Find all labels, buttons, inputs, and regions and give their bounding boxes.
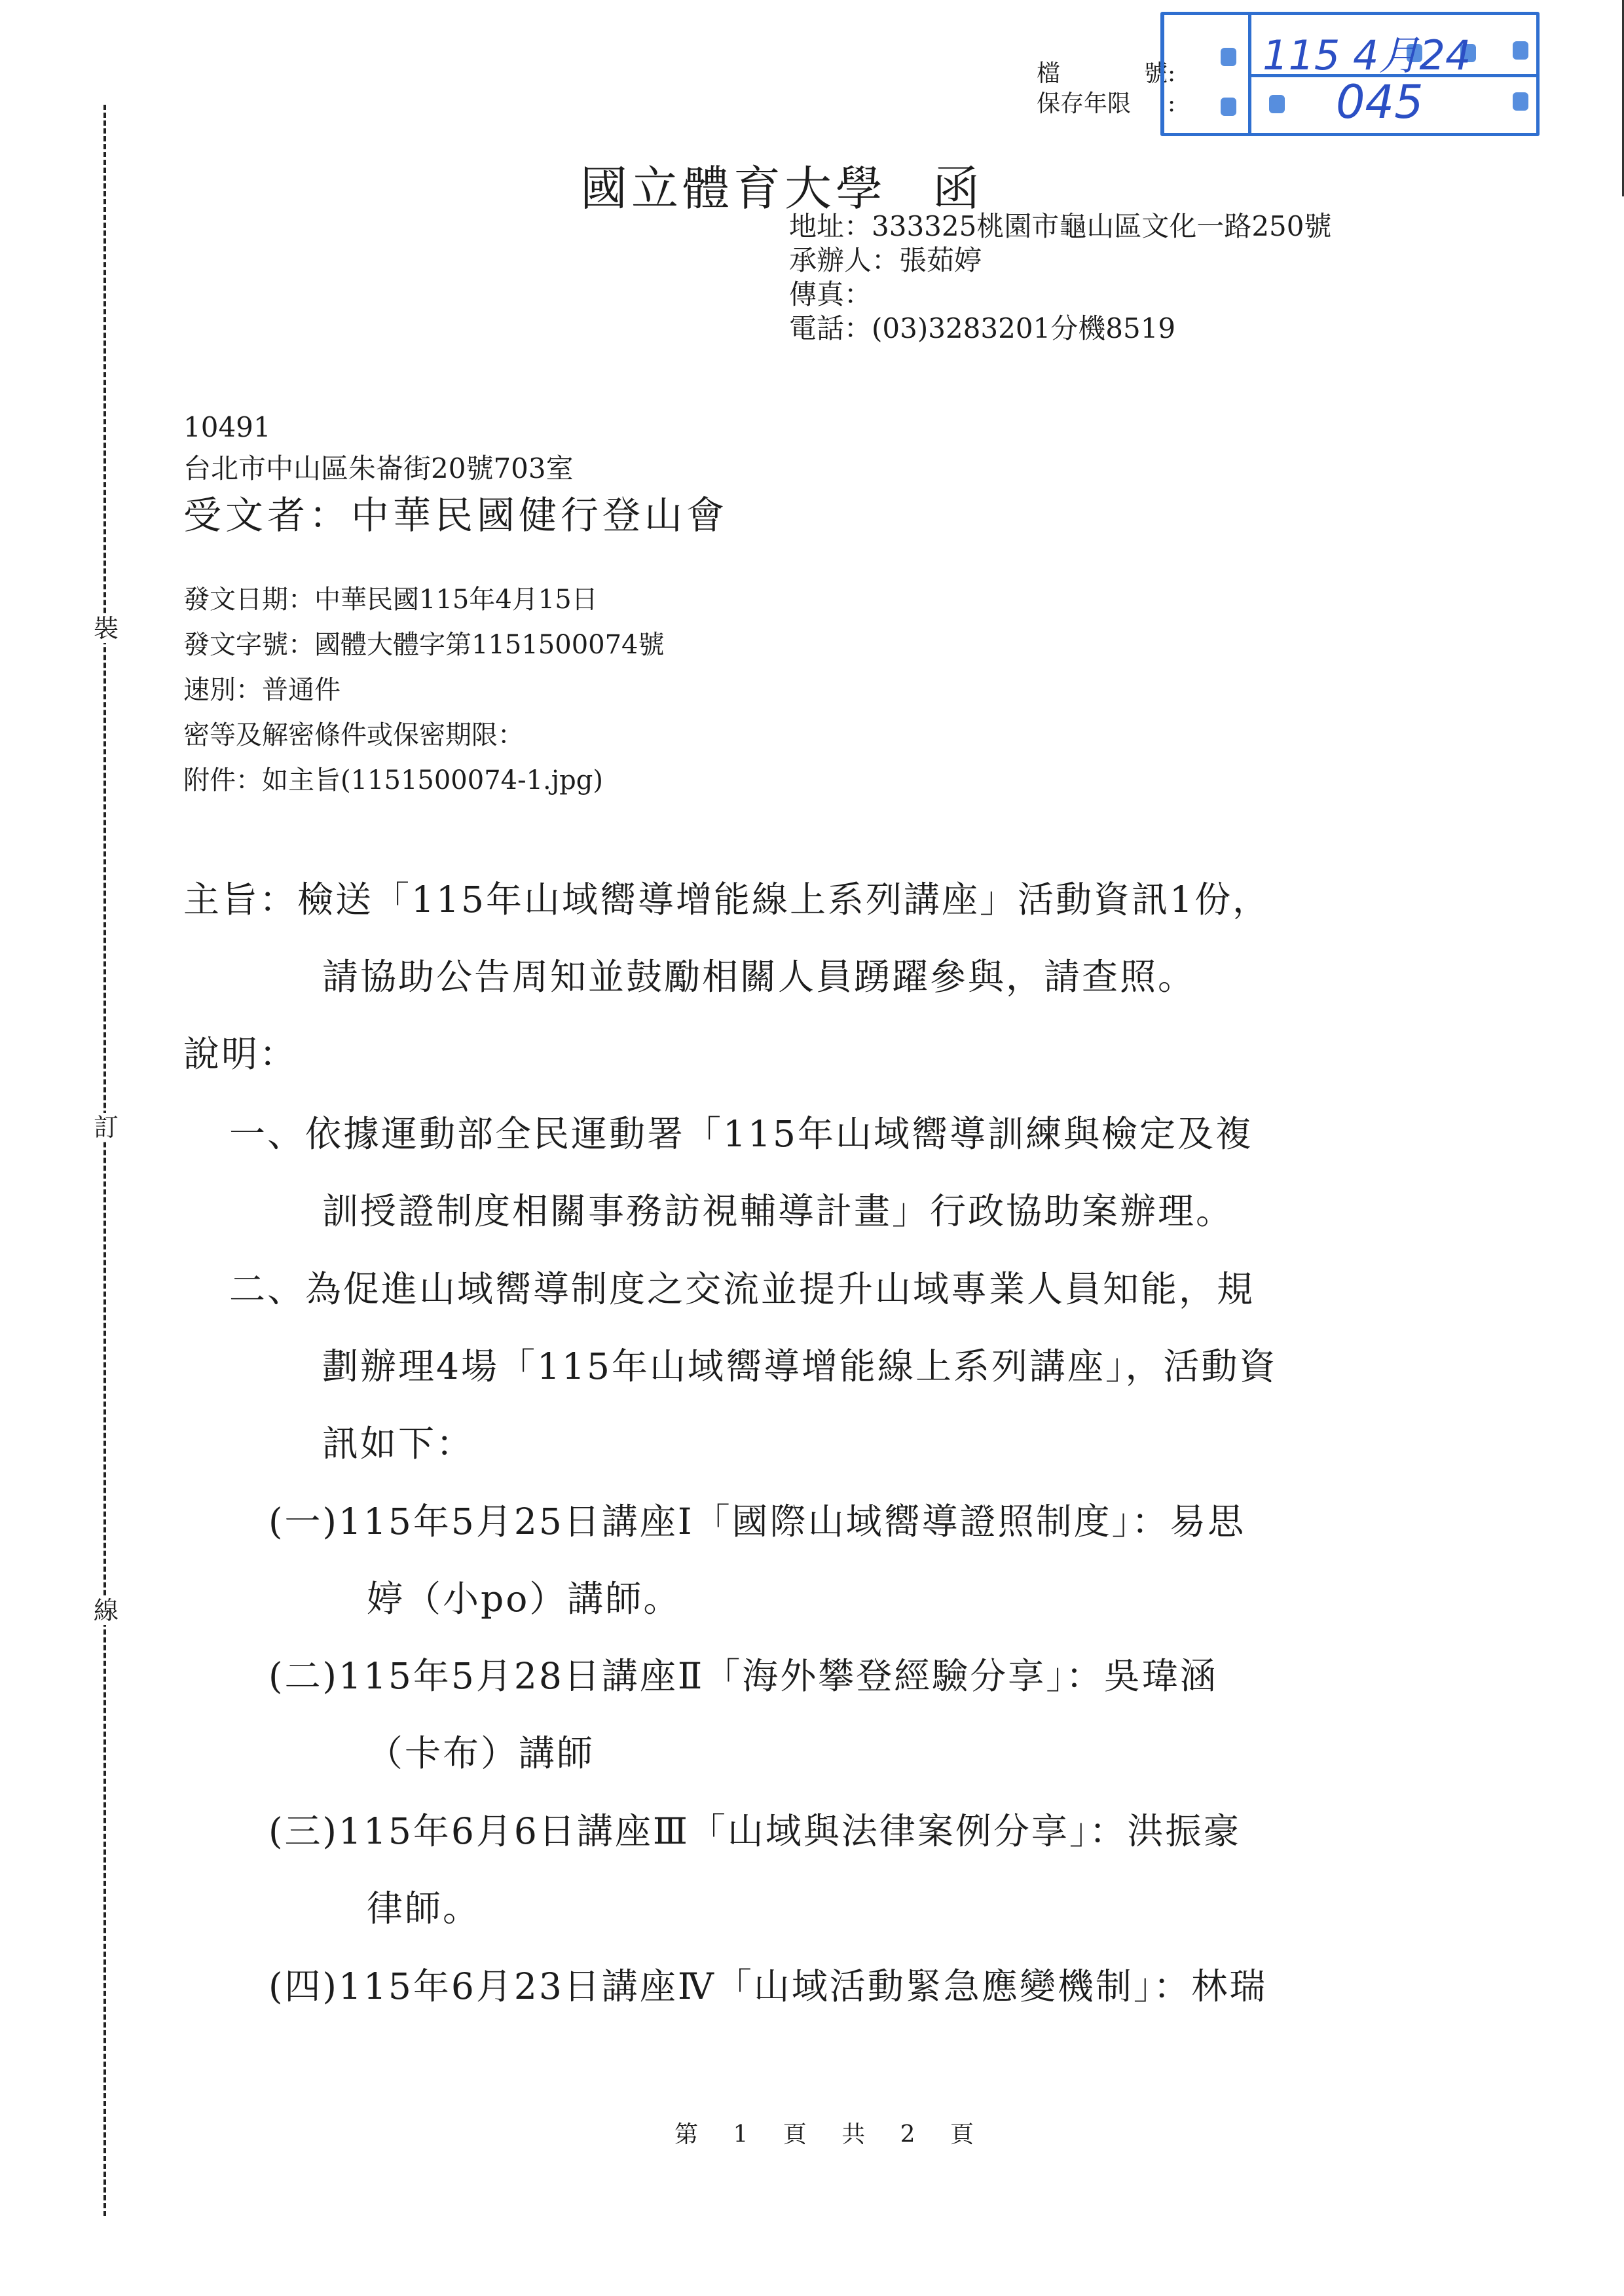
stamp-glyph bbox=[1269, 95, 1285, 113]
stamp-glyph bbox=[1513, 41, 1528, 60]
issue-date: 發文日期：中華民國115年4月15日 bbox=[183, 577, 665, 623]
session-item: (四)115年6月23日講座Ⅳ「山域活動緊急應變機制」：林瑞 bbox=[268, 1958, 1267, 2009]
binding-char-xian: 線 bbox=[92, 1596, 120, 1625]
session-item: (三)115年6月6日講座Ⅲ「山域與法律案例分享」：洪振豪 bbox=[268, 1802, 1241, 1854]
session-item: 律師。 bbox=[367, 1880, 481, 1931]
retention-label: 保存年限 bbox=[1037, 89, 1168, 119]
binding-char-zhuang: 裝 bbox=[92, 614, 120, 643]
handwritten-retention: 045 bbox=[1336, 75, 1424, 129]
issue-number: 發文字號：國體大體字第1151500074號 bbox=[183, 623, 665, 668]
explanation-item: 劃辦理4場「115年山域嚮導增能線上系列講座」，活動資 bbox=[322, 1338, 1277, 1389]
org-name: 國立體育大學 bbox=[580, 161, 887, 216]
binding-char-ding: 訂 bbox=[92, 1113, 120, 1142]
subject-line: 請協助公告周知並鼓勵相關人員踴躍參與，請查照。 bbox=[322, 948, 1196, 1000]
attachment: 附件：如主旨(1151500074-1.jpg) bbox=[183, 758, 665, 803]
file-no-row: 檔號 : bbox=[1037, 59, 1177, 89]
file-labels: 檔號 : 保存年限 : bbox=[1037, 59, 1177, 119]
contact-phone: 電話：(03)3283201分機8519 bbox=[789, 312, 1332, 346]
recipient-zip: 10491 bbox=[183, 411, 271, 443]
explanation-item: 訓授證制度相關事務訪視輔導計畫」行政協助案辦理。 bbox=[322, 1182, 1234, 1234]
stamp-glyph bbox=[1221, 98, 1236, 116]
doc-type: 函 bbox=[932, 161, 984, 216]
explanation-item: 二、為促進山域嚮導制度之交流並提升山域專業人員知能，規 bbox=[229, 1260, 1255, 1312]
explanation-item: 一、依據運動部全民運動署「115年山域嚮導訓練與檢定及複 bbox=[229, 1105, 1253, 1157]
subject-line: 主旨：檢送「115年山域嚮導增能線上系列講座」活動資訊1份， bbox=[183, 871, 1270, 922]
session-item: (二)115年5月28日講座Ⅱ「海外攀登經驗分享」：吳瑋涵 bbox=[268, 1647, 1218, 1699]
contact-block: 地址：333325桃園市龜山區文化一路250號 承辦人：張茹婷 傳真： 電話：(… bbox=[789, 210, 1332, 346]
binding-dashed-line bbox=[103, 105, 106, 2216]
explanation-label: 說明： bbox=[183, 1025, 297, 1077]
explanation-item: 訊如下： bbox=[322, 1415, 474, 1467]
contact-handler: 承辦人：張茹婷 bbox=[789, 244, 1332, 278]
contact-address: 地址：333325桃園市龜山區文化一路250號 bbox=[789, 210, 1332, 244]
session-item: (一)115年5月25日講座Ⅰ「國際山域嚮導證照制度」：易思 bbox=[268, 1493, 1246, 1544]
priority: 速別：普通件 bbox=[183, 668, 665, 713]
confidentiality: 密等及解密條件或保密期限： bbox=[183, 713, 665, 758]
page-title: 國立體育大學函 bbox=[580, 151, 984, 219]
session-item: 婷（小po）講師。 bbox=[367, 1570, 681, 1622]
stamp-glyph bbox=[1513, 92, 1528, 111]
document-meta: 發文日期：中華民國115年4月15日 發文字號：國體大體字第1151500074… bbox=[183, 577, 665, 803]
recipient-address: 台北市中山區朱崙街20號703室 bbox=[183, 447, 574, 486]
file-no-label-a: 檔 bbox=[1037, 59, 1060, 89]
session-item: （卡布）講師 bbox=[367, 1724, 595, 1776]
contact-fax: 傳真： bbox=[789, 278, 1332, 312]
recipient-name: 受文者：中華民國健行登山會 bbox=[183, 484, 728, 539]
archive-stamp: 115 4月24 045 bbox=[1160, 12, 1540, 136]
stamp-glyph bbox=[1221, 48, 1236, 66]
page-number: 第 1 頁 共 2 頁 bbox=[674, 2116, 983, 2149]
handwritten-file-no: 115 4月24 bbox=[1263, 23, 1471, 81]
retention-row: 保存年限 : bbox=[1037, 89, 1177, 119]
